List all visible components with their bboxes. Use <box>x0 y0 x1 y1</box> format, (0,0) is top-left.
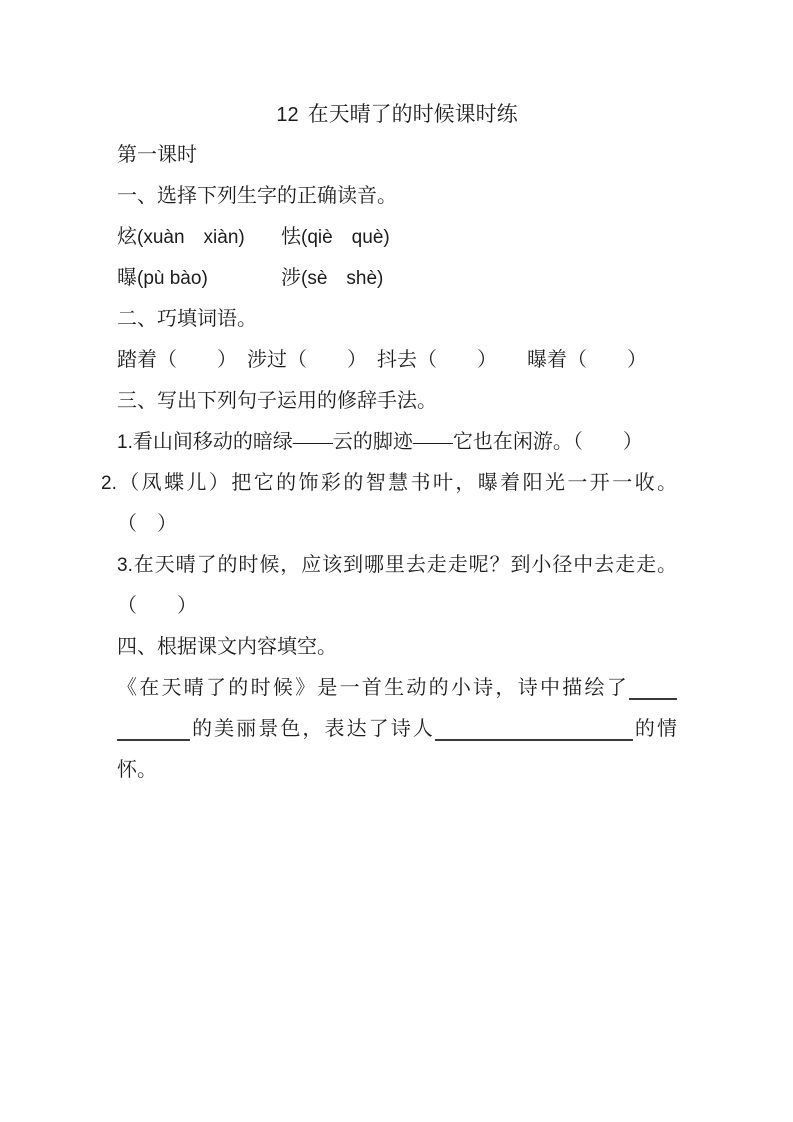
fill-sentence-line-3: 怀。 <box>117 750 677 791</box>
page-title: 12在天晴了的时候课时练 <box>117 94 677 135</box>
fill-sentence-part-2: 的美丽景色，表达了诗人 <box>190 718 435 740</box>
section-4-heading: 四、根据课文内容填空。 <box>117 627 677 668</box>
word-fill-line: 踏着（ ） 涉过（ ） 抖去（ ） 曝着（ ） <box>117 340 677 381</box>
item-2-text: （凤蝶儿）把它的饰彩的智慧书叶，曝着阳光一开一收。 <box>117 472 677 494</box>
section-3-item-1: 1.看山间移动的暗绿——云的脚迹——它也在闲游。（ ） <box>117 422 677 463</box>
fill-sentence-part-4: 怀。 <box>117 759 157 781</box>
item-1-number: 1. <box>117 432 133 453</box>
section-2-heading: 二、巧填词语。 <box>117 299 677 340</box>
fill-sentence-part-1: 《在天晴了的时候》是一首生动的小诗，诗中描绘了 <box>117 677 629 699</box>
item-3-number: 3. <box>117 555 133 576</box>
section-3-item-3: 3.在天晴了的时候，应该到哪里去走走呢？到小径中去走走。 <box>117 545 677 586</box>
pinyin-row-1: 炫(xuàn xiàn) 怯(qiè què) <box>117 217 677 258</box>
pinyin-item-she: 涉(sè shè) <box>281 258 677 299</box>
lesson-number: 12 <box>276 104 298 126</box>
fill-sentence-line-2: 的美丽景色，表达了诗人的情 <box>117 709 677 750</box>
worksheet-page: 12在天晴了的时候课时练 第一课时 一、选择下列生字的正确读音。 炫(xuàn … <box>0 0 793 1122</box>
fill-sentence-line-1: 《在天晴了的时候》是一首生动的小诗，诗中描绘了 <box>117 668 677 709</box>
item-1-answer-parens: （ ） <box>573 431 643 453</box>
lesson-title-text: 在天晴了的时候课时练 <box>308 102 518 126</box>
fill-blank-underline-1 <box>629 684 677 700</box>
item-2-number: 2. <box>101 473 117 494</box>
worksheet-content: 12在天晴了的时候课时练 第一课时 一、选择下列生字的正确读音。 炫(xuàn … <box>0 0 793 791</box>
section-3-heading: 三、写出下列句子运用的修辞手法。 <box>117 381 677 422</box>
pinyin-item-pu: 曝(pù bào) <box>117 258 281 299</box>
item-3-answer-parens: （ ） <box>117 586 677 627</box>
pinyin-item-xuan: 炫(xuàn xiàn) <box>117 217 281 258</box>
item-3-text: 在天晴了的时候，应该到哪里去走走呢？到小径中去走走。 <box>133 554 677 576</box>
pinyin-row-2: 曝(pù bào) 涉(sè shè) <box>117 258 677 299</box>
fill-sentence-part-3: 的情 <box>633 718 677 740</box>
item-1-text: 看山间移动的暗绿——云的脚迹——它也在闲游。 <box>133 431 573 453</box>
section-1-heading: 一、选择下列生字的正确读音。 <box>117 176 677 217</box>
item-2-answer-parens: （ ） <box>117 504 677 545</box>
pinyin-item-qie: 怯(qiè què) <box>281 217 677 258</box>
fill-blank-underline-3 <box>435 725 633 741</box>
session-heading: 第一课时 <box>117 135 677 176</box>
fill-blank-underline-2 <box>117 725 190 741</box>
section-3-item-2: 2.（凤蝶儿）把它的饰彩的智慧书叶，曝着阳光一开一收。 <box>101 463 677 504</box>
